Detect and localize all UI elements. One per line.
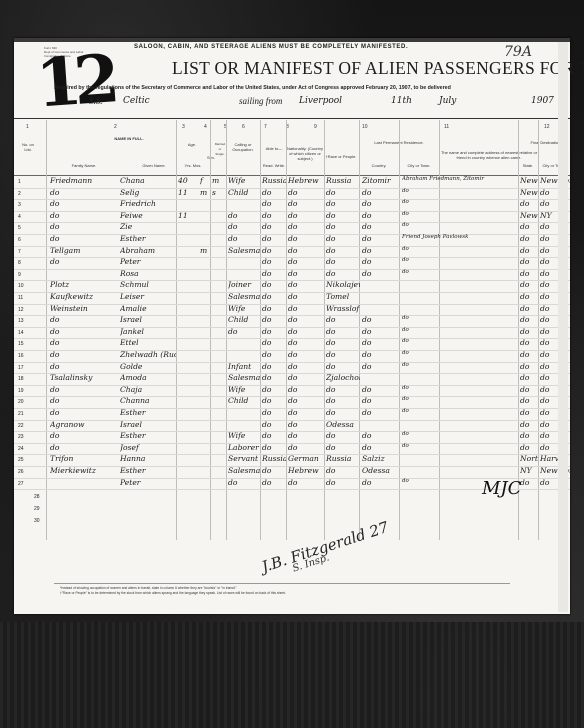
cell-calling: do: [228, 478, 260, 487]
cell-city: do: [362, 362, 398, 371]
cell-given: Israel: [120, 420, 176, 429]
col-num: 10: [362, 124, 368, 130]
cell-country: Russia: [326, 176, 360, 185]
cell-no: 24: [18, 446, 34, 452]
col-name-in-full: NAME IN FULL.: [74, 136, 184, 141]
cell-race: do: [288, 222, 324, 231]
cell-country: do: [326, 338, 360, 347]
cell-nat: do: [262, 385, 286, 394]
cell-family: do: [50, 257, 120, 266]
cell-nat: do: [262, 396, 286, 405]
cell-calling: Salesman: [228, 246, 260, 255]
cell-calling: Joiner: [228, 280, 260, 289]
cell-given: Chaja: [120, 385, 176, 394]
month: July: [439, 96, 456, 106]
col-family-name: Family Name.: [54, 163, 114, 168]
cell-country: do: [326, 408, 360, 417]
cell-city: do: [362, 350, 398, 359]
cell-relative: do: [402, 188, 518, 194]
cell-race: do: [288, 211, 324, 220]
cell-city: Salziz: [362, 454, 398, 463]
cell-relative: do: [402, 385, 518, 391]
cell-relative: do: [402, 338, 518, 344]
cell-state: do: [520, 408, 538, 417]
cell-nat: do: [262, 315, 286, 324]
col-yrs-mos: Yrs. Mos.: [178, 163, 208, 168]
inspector-signature: J.B. Fitzgerald 27: [259, 518, 390, 576]
cell-city: do: [362, 431, 398, 440]
cell-given: Esther: [120, 466, 176, 475]
col-country: Country.: [359, 163, 399, 168]
cell-no: 8: [18, 260, 34, 266]
cell-state: do: [520, 338, 538, 347]
cell-city: Odessa: [362, 466, 398, 475]
page-title: LIST OR MANIFEST OF ALIEN PASSENGERS FOR…: [172, 58, 584, 79]
cell-country: do: [326, 327, 360, 336]
cell-relative: do: [402, 199, 518, 205]
cell-given: Amoda: [120, 373, 176, 382]
col-calling: Calling or Occupation.: [226, 142, 260, 152]
cell-family: do: [50, 211, 120, 220]
cell-race: do: [288, 304, 324, 313]
row-number: 30: [34, 518, 40, 524]
cell-state: do: [520, 234, 538, 243]
cell-country: Nikolajew: [326, 280, 360, 289]
cell-no: 10: [18, 283, 34, 289]
cell-race: Hebrew: [288, 176, 324, 185]
cell-nat: do: [262, 222, 286, 231]
cell-sex: f: [200, 176, 210, 185]
footnotes: *Instead of showing occupation of women …: [60, 586, 286, 595]
col-num: 12: [544, 124, 550, 130]
cell-city: do: [362, 315, 398, 324]
cell-family: do: [50, 350, 120, 359]
cell-nat: do: [262, 420, 286, 429]
cell-ms: s: [212, 188, 224, 197]
cell-race: do: [288, 292, 324, 301]
cell-no: 15: [18, 341, 34, 347]
cell-relative: do: [402, 269, 518, 275]
col-num: 7: [264, 124, 267, 130]
cell-nat: do: [262, 304, 286, 313]
cell-family: do: [50, 385, 120, 394]
col-city-town: City or Town.: [399, 163, 439, 168]
col-age: Age.: [180, 142, 204, 147]
cell-no: 14: [18, 330, 34, 336]
col-num: 11: [444, 124, 449, 130]
cell-state: do: [520, 315, 538, 324]
row-number: 29: [34, 506, 40, 512]
col-num: 3: [182, 124, 185, 130]
cell-relative: do: [402, 315, 518, 321]
header-rule: [14, 118, 570, 119]
cell-given: Zie: [120, 222, 176, 231]
cell-family: do: [50, 222, 120, 231]
cell-age: 40: [178, 176, 194, 185]
cell-calling: Salesman: [228, 373, 260, 382]
cell-family: Mierkiewitz: [50, 466, 120, 475]
col-read-write: Read. Write.: [260, 163, 288, 168]
subtitle: Required by the regulations of the Secre…: [54, 85, 451, 91]
cell-relative: do: [402, 327, 518, 333]
cell-calling: Laborer: [228, 443, 260, 452]
cell-family: do: [50, 431, 120, 440]
cell-no: 1: [18, 179, 34, 185]
cell-city: do: [362, 211, 398, 220]
ship-name: Celtic: [123, 96, 150, 106]
cell-nat: do: [262, 362, 286, 371]
cell-relative: Friend Joseph Pavlowsk: [402, 234, 518, 240]
cell-city: do: [362, 478, 398, 487]
cell-state: do: [520, 269, 538, 278]
cell-calling: Servant: [228, 454, 260, 463]
col-race: †Race or People.: [324, 154, 358, 159]
footnote-2: †"Race or People" is to be determined by…: [60, 591, 286, 596]
cell-relative: Abraham Friedmann, Zitomir: [402, 176, 518, 182]
cell-city: do: [362, 396, 398, 405]
cell-country: Wrasslof: [326, 304, 360, 313]
cell-no: 17: [18, 365, 34, 371]
cell-relative: do: [402, 431, 518, 437]
cell-race: Hebrew: [288, 466, 324, 475]
cell-state: NY: [520, 466, 538, 475]
cell-city: do: [362, 269, 398, 278]
cell-country: do: [326, 234, 360, 243]
cell-country: do: [326, 396, 360, 405]
col-married-single: Married or Single.: [214, 142, 226, 157]
cell-state: do: [520, 257, 538, 266]
cell-given: Chana: [120, 176, 176, 185]
cell-no: 25: [18, 457, 34, 463]
cell-given: Esther: [120, 408, 176, 417]
cell-country: do: [326, 269, 360, 278]
cell-given: Rosa: [120, 269, 176, 278]
cell-state: do: [520, 385, 538, 394]
margin-initials: MJC: [482, 478, 521, 499]
cell-given: Leiser: [120, 292, 176, 301]
cell-nat: do: [262, 234, 286, 243]
cell-given: Jankel: [120, 327, 176, 336]
cell-age: 11: [178, 188, 194, 197]
cell-race: do: [288, 188, 324, 197]
cell-nat: do: [262, 327, 286, 336]
cell-given: Channa: [120, 396, 176, 405]
cell-city: Zitomir: [362, 176, 398, 185]
cell-state: New York: [520, 211, 538, 220]
cell-city: do: [362, 338, 398, 347]
cell-city: do: [362, 327, 398, 336]
cell-state: do: [520, 350, 538, 359]
cell-race: do: [288, 269, 324, 278]
cell-no: 26: [18, 469, 34, 475]
col-num: 2: [114, 124, 117, 130]
col-relative: The name and complete address of nearest…: [439, 150, 539, 160]
cell-state: do: [520, 431, 538, 440]
cell-race: do: [288, 362, 324, 371]
cell-state: New York: [520, 188, 538, 197]
cell-family: do: [50, 362, 120, 371]
cell-race: do: [288, 443, 324, 452]
year: 1907: [531, 96, 554, 106]
cell-no: 9: [18, 272, 34, 278]
cell-city: do: [362, 385, 398, 394]
cell-no: 2: [18, 191, 34, 197]
cell-calling: Wife: [228, 431, 260, 440]
cell-race: do: [288, 431, 324, 440]
cell-no: 5: [18, 225, 34, 231]
cell-no: 16: [18, 353, 34, 359]
cell-race: do: [288, 315, 324, 324]
cell-city: do: [362, 234, 398, 243]
cell-age: 11: [178, 211, 194, 220]
cell-country: do: [326, 222, 360, 231]
cell-nat: do: [262, 246, 286, 255]
cell-nat: Russia: [262, 454, 286, 463]
cell-sex: m: [200, 188, 210, 197]
cell-nat: do: [262, 280, 286, 289]
cell-state: do: [520, 327, 538, 336]
cell-state: do: [520, 292, 538, 301]
cell-nat: do: [262, 350, 286, 359]
cell-given: Selig: [120, 188, 176, 197]
col-state: State.: [518, 163, 538, 168]
cell-state: do: [520, 373, 538, 382]
cell-no: 21: [18, 411, 34, 417]
cell-city: do: [362, 246, 398, 255]
cell-calling: Child: [228, 188, 260, 197]
cell-family: do: [50, 338, 120, 347]
cell-no: 23: [18, 434, 34, 440]
cell-no: 4: [18, 214, 34, 220]
cell-country: do: [326, 362, 360, 371]
cell-country: do: [326, 246, 360, 255]
cell-state: do: [520, 396, 538, 405]
cell-given: Amalie: [120, 304, 176, 313]
cell-country: Russia: [326, 454, 360, 463]
cell-given: Feiwe: [120, 211, 176, 220]
cell-state: North Dakota: [520, 454, 538, 463]
cell-relative: do: [402, 350, 518, 356]
cell-calling: Child: [228, 315, 260, 324]
cell-race: do: [288, 350, 324, 359]
cell-nat: do: [262, 443, 286, 452]
cell-family: do: [50, 443, 120, 452]
cell-given: Abraham: [120, 246, 176, 255]
cell-no: 13: [18, 318, 34, 324]
cell-family: Tellgam: [50, 246, 120, 255]
cell-state: do: [520, 222, 538, 231]
cell-country: Tomel: [326, 292, 360, 301]
header-notice: SALOON, CABIN, AND STEERAGE ALIENS MUST …: [134, 44, 408, 50]
cell-calling: do: [228, 222, 260, 231]
cell-given: Schmul: [120, 280, 176, 289]
cell-given: Hanna: [120, 454, 176, 463]
cell-relative: do: [402, 396, 518, 402]
col-num: 1: [26, 124, 29, 130]
col-num: 4: [204, 124, 207, 130]
footer-rule: [54, 583, 510, 584]
cell-race: do: [288, 327, 324, 336]
cell-given: Ettel: [120, 338, 176, 347]
cell-nat: do: [262, 431, 286, 440]
cell-family: do: [50, 199, 120, 208]
cell-relative: do: [402, 257, 518, 263]
col-num: 6: [242, 124, 245, 130]
cell-nat: do: [262, 338, 286, 347]
col-given-name: Given Name.: [124, 163, 184, 168]
cell-race: do: [288, 280, 324, 289]
cell-relative: do: [402, 362, 518, 368]
cell-no: 3: [18, 202, 34, 208]
cell-city: do: [362, 222, 398, 231]
cell-family: do: [50, 234, 120, 243]
cell-nat: do: [262, 188, 286, 197]
day: 11th: [391, 96, 412, 106]
cell-family: do: [50, 327, 120, 336]
manifest-sheet: Form 630Dept of Commerce and LaborImmigr…: [14, 38, 570, 614]
cell-race: German: [288, 454, 324, 463]
cell-family: Kaufkewitz: [50, 292, 120, 301]
cell-relative: do: [402, 222, 518, 228]
cell-nat: do: [262, 478, 286, 487]
cell-state: do: [520, 420, 538, 429]
cell-family: Weinstein: [50, 304, 120, 313]
cell-relative: do: [402, 443, 518, 449]
column-numbers: 1 2 3 4 5 6 7 8 9 10 11 12: [14, 124, 570, 132]
cell-country: do: [326, 478, 360, 487]
cell-race: do: [288, 246, 324, 255]
cell-race: do: [288, 385, 324, 394]
cell-country: do: [326, 211, 360, 220]
cell-country: do: [326, 466, 360, 475]
cell-no: 18: [18, 376, 34, 382]
cell-state: do: [520, 478, 538, 487]
cell-no: 7: [18, 249, 34, 255]
cell-nat: do: [262, 257, 286, 266]
cell-nat: do: [262, 269, 286, 278]
cell-country: Odessa: [326, 420, 360, 429]
cell-race: do: [288, 408, 324, 417]
cell-race: do: [288, 338, 324, 347]
cell-country: do: [326, 431, 360, 440]
cell-nat: do: [262, 199, 286, 208]
cell-no: 11: [18, 295, 34, 301]
cell-nat: do: [262, 408, 286, 417]
cell-city: do: [362, 408, 398, 417]
cell-state: do: [520, 280, 538, 289]
cell-family: do: [50, 396, 120, 405]
cell-state: do: [520, 246, 538, 255]
cell-race: do: [288, 199, 324, 208]
cell-family: do: [50, 315, 120, 324]
cell-relative: do: [402, 211, 518, 217]
cell-no: 6: [18, 237, 34, 243]
cell-calling: Infant: [228, 362, 260, 371]
cell-calling: Child: [228, 396, 260, 405]
row-number: 28: [34, 494, 40, 500]
cell-calling: Salesman: [228, 466, 260, 475]
cell-calling: Wife: [228, 176, 260, 185]
sheet-edge: [558, 42, 568, 612]
cell-nat: Russia: [262, 176, 286, 185]
cell-given: Peter: [120, 478, 176, 487]
cell-race: do: [288, 396, 324, 405]
col-num: 9: [314, 124, 317, 130]
cell-nat: do: [262, 211, 286, 220]
cell-family: Trifon: [50, 454, 120, 463]
sailing-from-label: sailing from: [239, 96, 282, 106]
cell-calling: Salesman: [228, 292, 260, 301]
cell-state: do: [520, 362, 538, 371]
cell-state: New York: [520, 176, 538, 185]
cell-given: Josef: [120, 443, 176, 452]
cell-relative: do: [402, 408, 518, 414]
cell-given: Golde: [120, 362, 176, 371]
cell-ms: m: [212, 176, 224, 185]
cell-given: Zhelwadh (Ruchel): [120, 350, 176, 359]
cell-given: Israel: [120, 315, 176, 324]
cell-family: Agranow: [50, 420, 120, 429]
cell-nat: do: [262, 292, 286, 301]
col-no-on-list: No. on List.: [18, 142, 38, 152]
cell-race: do: [288, 420, 324, 429]
cell-given: Esther: [120, 431, 176, 440]
cell-country: do: [326, 350, 360, 359]
cell-country: Zjalochok: [326, 373, 360, 382]
cell-country: do: [326, 443, 360, 452]
cell-family: do: [50, 408, 120, 417]
cell-calling: do: [228, 234, 260, 243]
cell-no: 27: [18, 481, 34, 487]
cell-city: do: [362, 199, 398, 208]
cell-no: 19: [18, 388, 34, 394]
cell-country: do: [326, 385, 360, 394]
cell-family: Tsalalinsky: [50, 373, 120, 382]
scan-bottom-strip: [0, 622, 584, 728]
cell-relative: do: [402, 246, 518, 252]
cell-family: Plotz: [50, 280, 120, 289]
cell-city: do: [362, 443, 398, 452]
cell-city: do: [362, 257, 398, 266]
cell-country: do: [326, 315, 360, 324]
sheet-mark: 12: [33, 39, 114, 122]
cell-no: 12: [18, 307, 34, 313]
cell-given: Peter: [120, 257, 176, 266]
cell-no: 20: [18, 399, 34, 405]
cell-city: do: [362, 188, 398, 197]
cell-calling: do: [228, 327, 260, 336]
cell-given: Esther: [120, 234, 176, 243]
cell-race: do: [288, 373, 324, 382]
cell-nat: do: [262, 466, 286, 475]
cell-calling: Wife: [228, 385, 260, 394]
cell-sex: m: [200, 246, 210, 255]
cell-country: do: [326, 199, 360, 208]
cell-state: do: [520, 199, 538, 208]
col-nationality: Nationality. (Country of which citizen o…: [286, 146, 324, 161]
cell-race: do: [288, 478, 324, 487]
cell-nat: do: [262, 373, 286, 382]
cell-family: do: [50, 188, 120, 197]
cell-state: do: [520, 443, 538, 452]
cell-state: do: [520, 304, 538, 313]
cell-no: 22: [18, 423, 34, 429]
cell-family: Friedmann: [50, 176, 120, 185]
col-able-to: Able to—: [260, 146, 288, 151]
cell-race: do: [288, 257, 324, 266]
cell-race: do: [288, 234, 324, 243]
cell-calling: Wife: [228, 304, 260, 313]
